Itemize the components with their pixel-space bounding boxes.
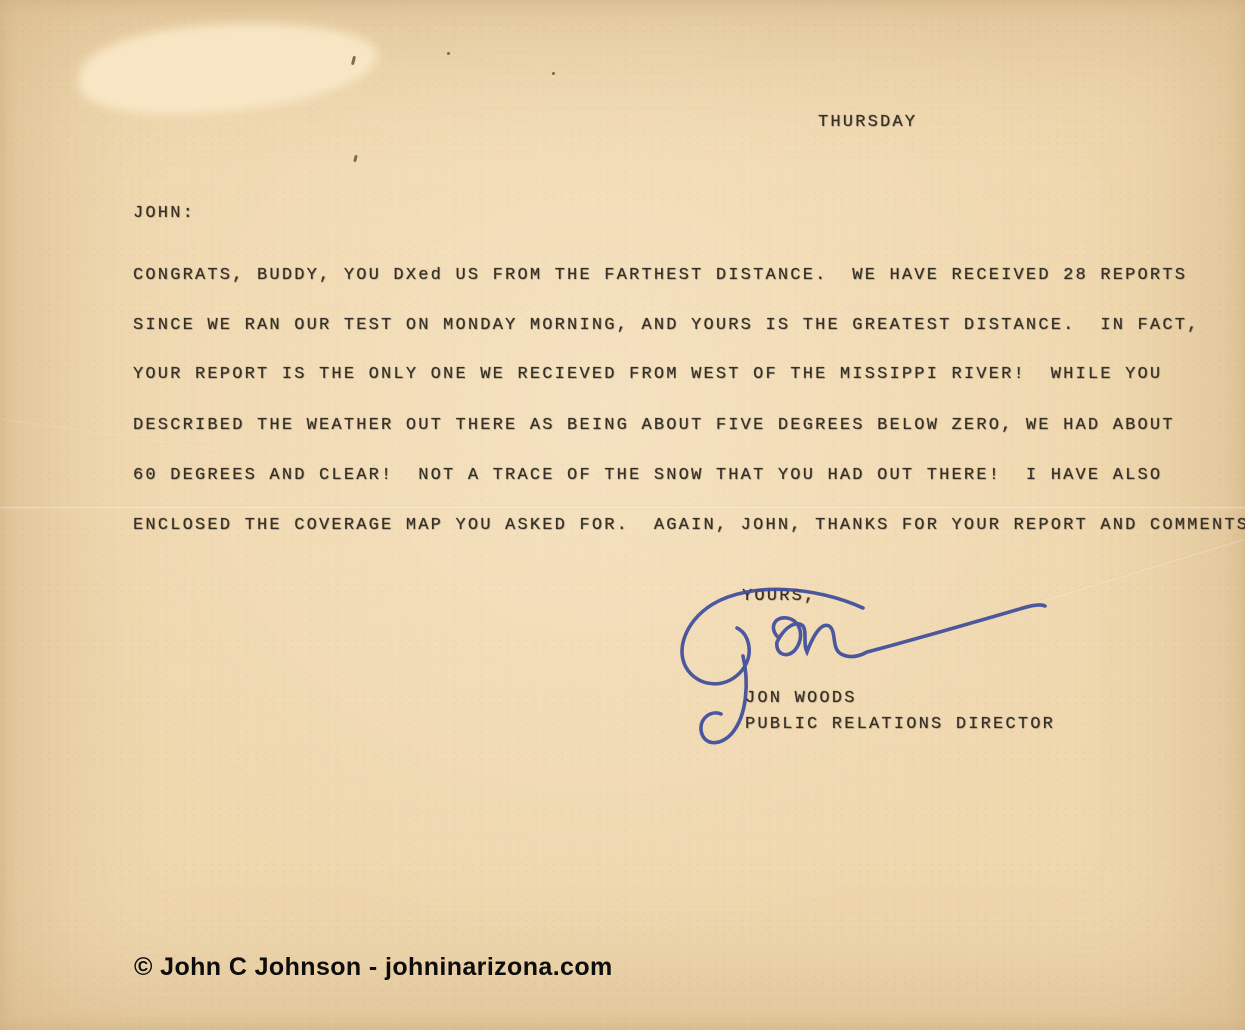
copyright-watermark: © John C Johnson - johninarizona.com <box>134 953 613 982</box>
ink-speck <box>447 52 450 55</box>
handwritten-signature <box>655 578 1055 768</box>
body-line: SINCE WE RAN OUR TEST ON MONDAY MORNING,… <box>133 316 1200 335</box>
body-line: ENCLOSED THE COVERAGE MAP YOU ASKED FOR.… <box>133 516 1245 535</box>
signed-name: JON WOODS <box>745 689 857 708</box>
signed-title: PUBLIC RELATIONS DIRECTOR <box>745 715 1055 734</box>
body-line: DESCRIBED THE WEATHER OUT THERE AS BEING… <box>133 416 1175 435</box>
letter-page: THURSDAY JOHN: CONGRATS, BUDDY, YOU DXed… <box>0 0 1245 1030</box>
body-line: 60 DEGREES AND CLEAR! NOT A TRACE OF THE… <box>133 466 1162 485</box>
date-line: THURSDAY <box>818 113 917 132</box>
whiteout-redaction <box>76 16 380 120</box>
ink-speck <box>353 155 358 163</box>
ink-speck <box>552 72 555 75</box>
body-line: YOUR REPORT IS THE ONLY ONE WE RECIEVED … <box>133 365 1162 384</box>
fold-crease-horizontal <box>0 505 1245 510</box>
body-line: CONGRATS, BUDDY, YOU DXed US FROM THE FA… <box>133 266 1187 285</box>
salutation: JOHN: <box>133 204 195 223</box>
